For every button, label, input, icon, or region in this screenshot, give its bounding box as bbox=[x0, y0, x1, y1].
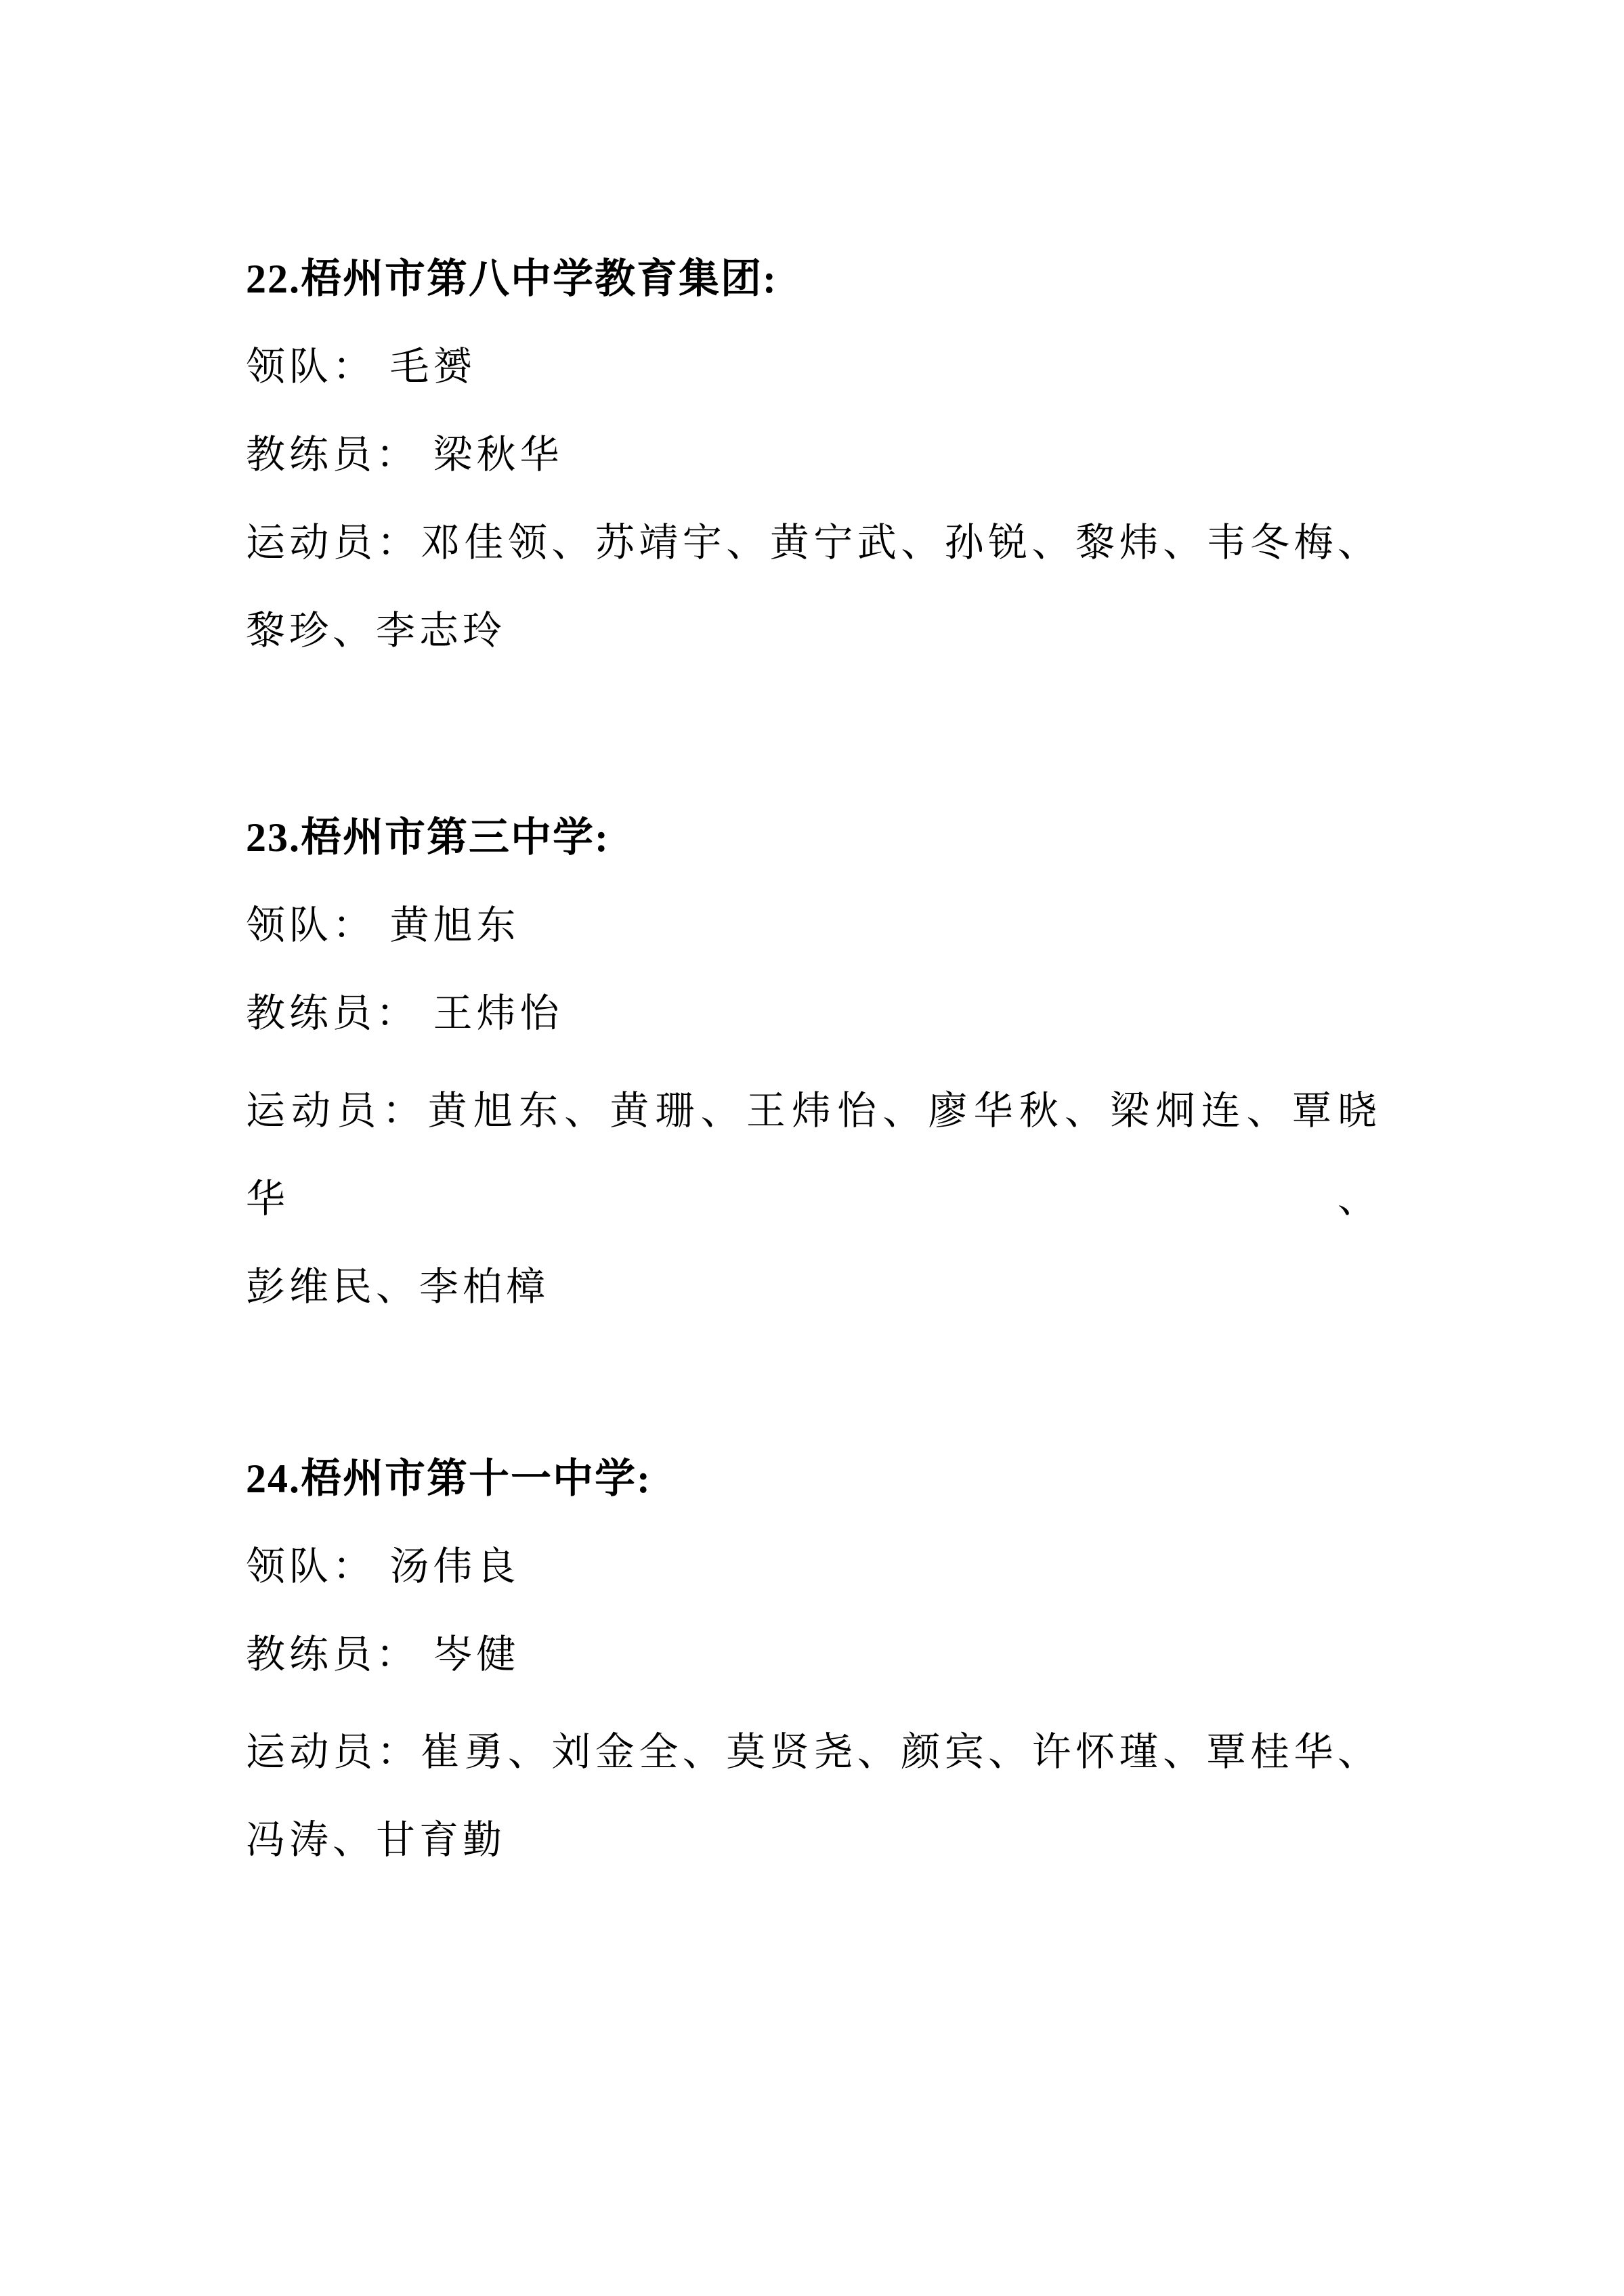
section-heading: 24.梧州市第十一中学: bbox=[246, 1435, 1381, 1523]
school-section: 23.梧州市第三中学: 领队： 黄旭东 教练员： 王炜怡 运动员：黄旭东、黄珊、… bbox=[246, 794, 1381, 1331]
athletes-line: 运动员：邓佳领、苏靖宇、黄宁武、孙锐、黎炜、韦冬梅、 bbox=[246, 499, 1381, 587]
athletes-line-continued: 彭维民、李柏樟 bbox=[246, 1243, 1381, 1331]
coach-line: 教练员： 梁秋华 bbox=[246, 411, 1381, 499]
athletes-line-continued: 黎珍、李志玲 bbox=[246, 587, 1381, 675]
section-heading: 22.梧州市第八中学教育集团: bbox=[246, 235, 1381, 323]
team-leader-line: 领队： 汤伟良 bbox=[246, 1523, 1381, 1611]
section-heading: 23.梧州市第三中学: bbox=[246, 794, 1381, 882]
team-leader-line: 领队： 毛赟 bbox=[246, 323, 1381, 411]
document-page: 22.梧州市第八中学教育集团: 领队： 毛赟 教练员： 梁秋华 运动员：邓佳领、… bbox=[0, 0, 1624, 2296]
athletes-line: 运动员：崔勇、刘金全、莫贤尧、颜宾、许怀瑾、覃桂华、 bbox=[246, 1708, 1381, 1796]
school-section: 24.梧州市第十一中学: 领队： 汤伟良 教练员： 岑健 运动员：崔勇、刘金全、… bbox=[246, 1435, 1381, 1884]
athletes-line-continued: 冯涛、甘育勤 bbox=[246, 1796, 1381, 1884]
coach-line: 教练员： 岑健 bbox=[246, 1611, 1381, 1699]
school-section: 22.梧州市第八中学教育集团: 领队： 毛赟 教练员： 梁秋华 运动员：邓佳领、… bbox=[246, 235, 1381, 675]
coach-line: 教练员： 王炜怡 bbox=[246, 970, 1381, 1058]
athletes-line: 运动员：黄旭东、黄珊、王炜怡、廖华秋、梁炯连、覃晓华、 bbox=[246, 1067, 1381, 1243]
team-leader-line: 领队： 黄旭东 bbox=[246, 882, 1381, 970]
